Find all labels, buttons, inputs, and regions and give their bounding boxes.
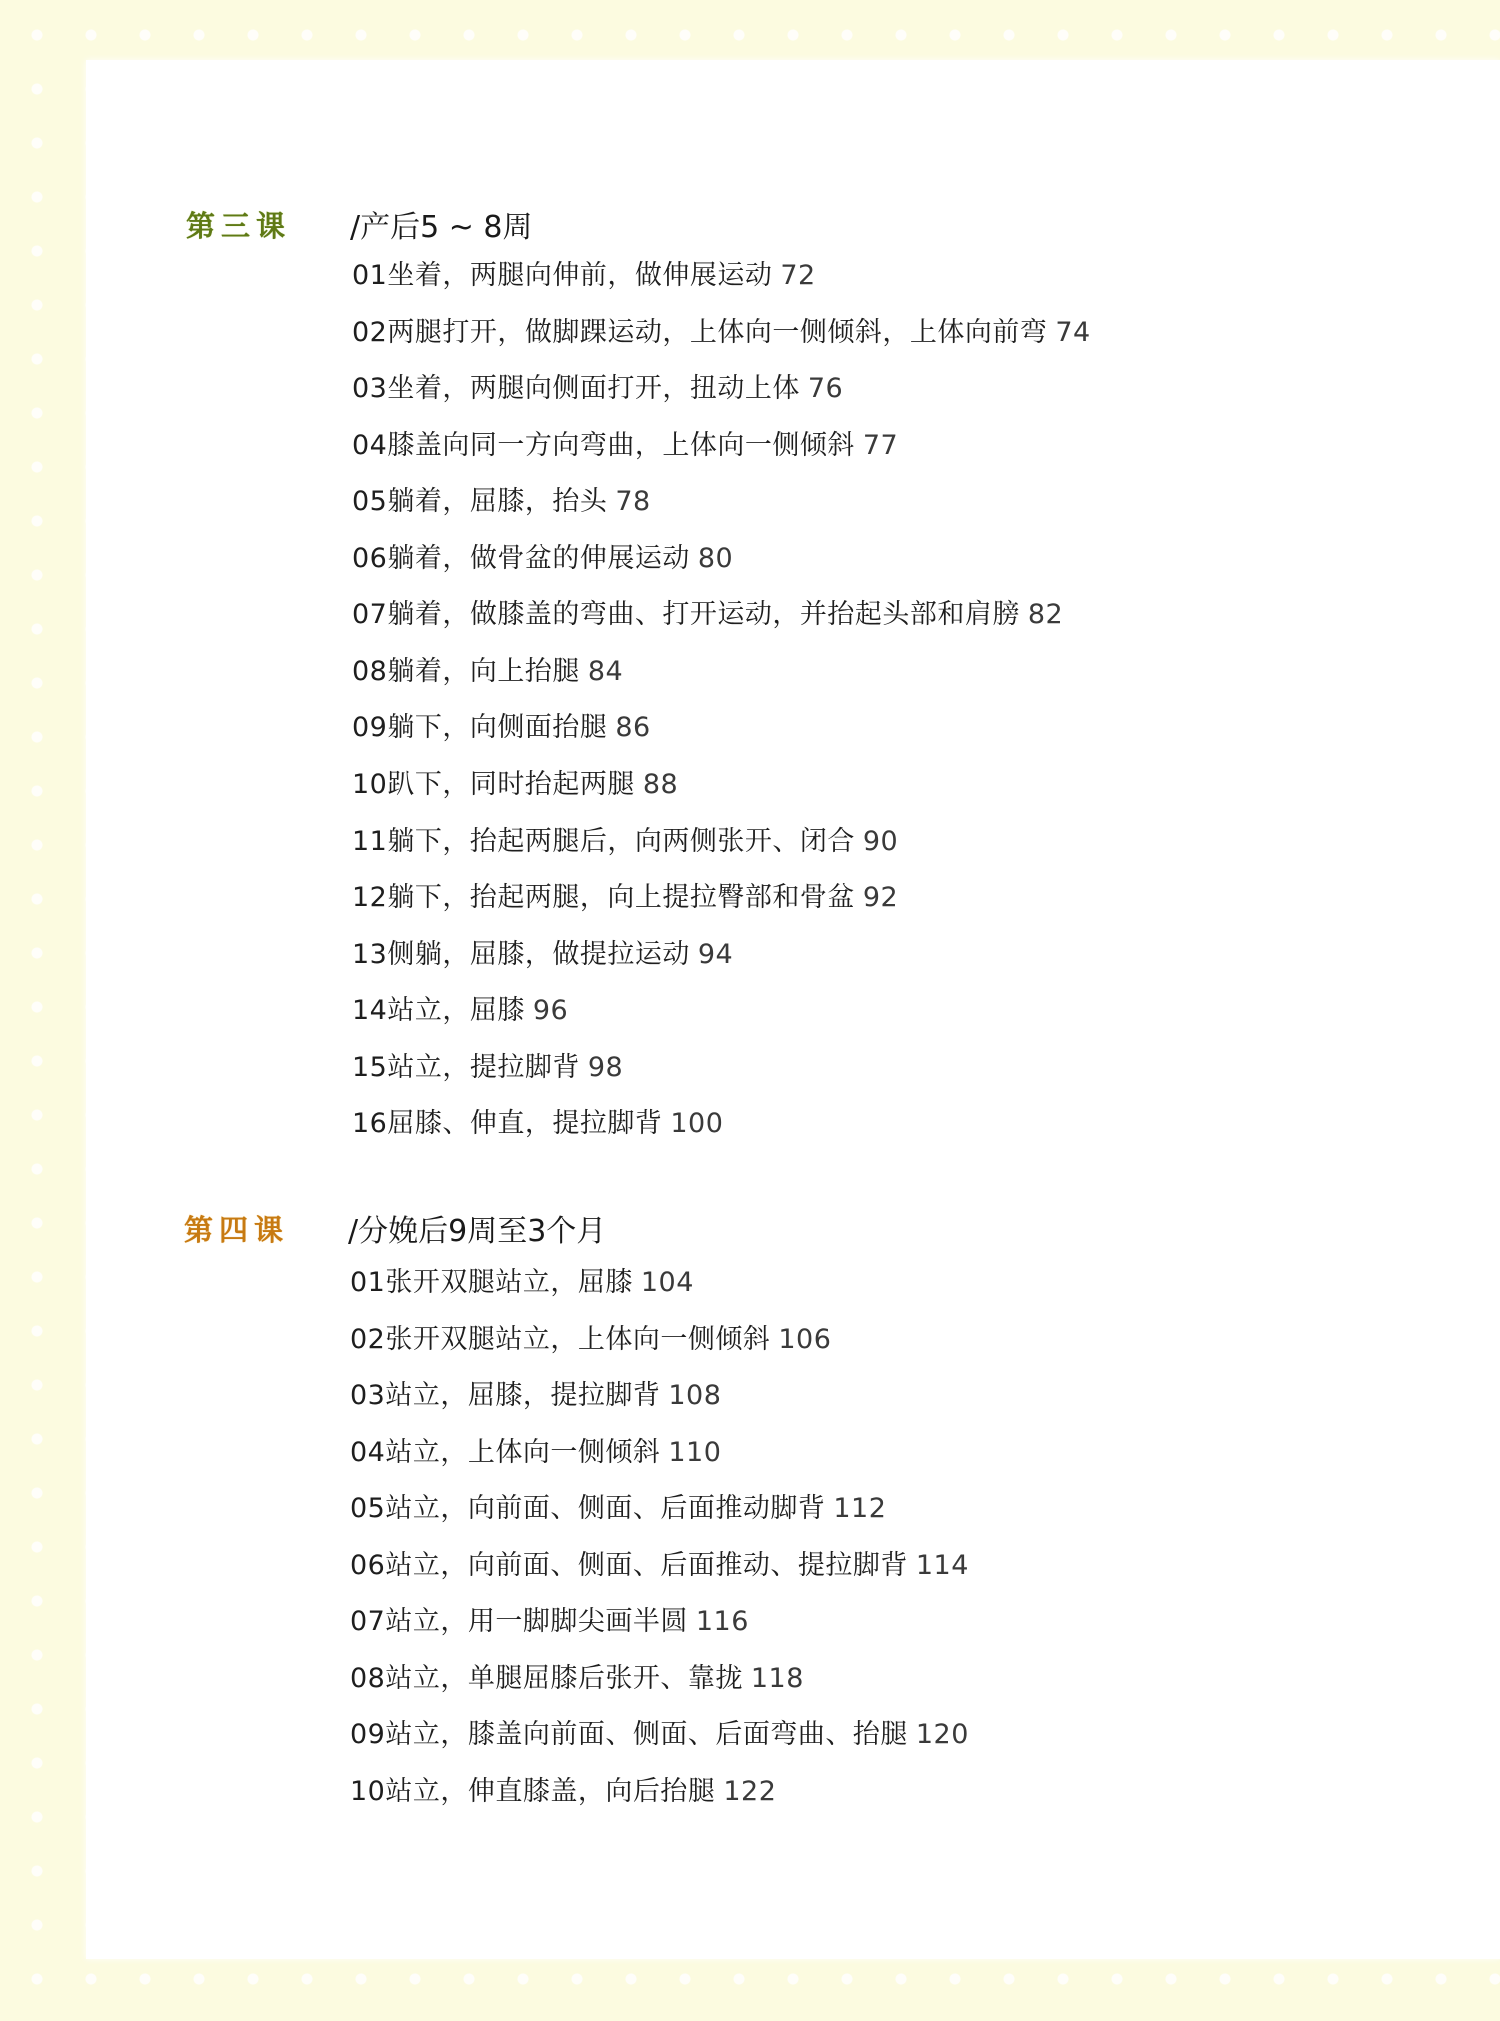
- toc-entry[interactable]: 06躺着，做骨盆的伸展运动80: [352, 542, 733, 576]
- toc-entry[interactable]: 03坐着，两腿向侧面打开，扭动上体76: [352, 372, 843, 406]
- page-number: 108: [668, 1380, 721, 1411]
- entry-title: 05站立，向前面、侧面、后面推动脚背: [350, 1493, 825, 1524]
- entry-title: 07躺着，做膝盖的弯曲、打开运动，并抬起头部和肩膀: [352, 599, 1020, 630]
- page-number: 106: [778, 1324, 831, 1355]
- lesson-label: 第四课: [184, 1208, 289, 1249]
- entry-title: 14站立，屈膝: [352, 995, 525, 1026]
- toc-entry[interactable]: 07躺着，做膝盖的弯曲、打开运动，并抬起头部和肩膀82: [352, 598, 1063, 632]
- toc-entry[interactable]: 01张开双腿站立，屈膝104: [350, 1266, 694, 1300]
- page-number: 104: [641, 1267, 694, 1298]
- toc-entry[interactable]: 10站立，伸直膝盖，向后抬腿122: [350, 1775, 776, 1809]
- toc-entry[interactable]: 09站立，膝盖向前面、侧面、后面弯曲、抬腿120: [350, 1718, 969, 1752]
- entry-title: 12躺下，抬起两腿，向上提拉臀部和骨盆: [352, 882, 855, 913]
- lesson-label: 第三课: [186, 204, 291, 245]
- page-number: 78: [615, 486, 650, 517]
- toc-entry[interactable]: 01坐着，两腿向伸前，做伸展运动72: [352, 259, 816, 293]
- entry-title: 13侧躺，屈膝，做提拉运动: [352, 939, 690, 970]
- entry-title: 04站立，上体向一侧倾斜: [350, 1437, 660, 1468]
- page-number: 88: [643, 769, 678, 800]
- toc-entry[interactable]: 05站立，向前面、侧面、后面推动脚背112: [350, 1492, 886, 1526]
- page-number: 120: [916, 1719, 969, 1750]
- page-number: 94: [698, 939, 733, 970]
- entry-title: 10站立，伸直膝盖，向后抬腿: [350, 1776, 715, 1807]
- toc-entry[interactable]: 02两腿打开，做脚踝运动，上体向一侧倾斜，上体向前弯74: [352, 316, 1091, 350]
- toc-entry[interactable]: 14站立，屈膝96: [352, 994, 568, 1028]
- toc-entry[interactable]: 05躺着，屈膝，抬头78: [352, 485, 651, 519]
- section-title: /分娩后9周至3个月: [348, 1206, 606, 1250]
- toc-entry[interactable]: 09躺下，向侧面抬腿86: [352, 711, 651, 745]
- entry-title: 09躺下，向侧面抬腿: [352, 712, 607, 743]
- entry-title: 06躺着，做骨盆的伸展运动: [352, 543, 690, 574]
- page-number: 92: [863, 882, 898, 913]
- toc-entry[interactable]: 15站立，提拉脚背98: [352, 1051, 623, 1085]
- page-number: 80: [698, 543, 733, 574]
- entry-title: 05躺着，屈膝，抬头: [352, 486, 607, 517]
- entry-title: 02张开双腿站立，上体向一侧倾斜: [350, 1324, 770, 1355]
- toc-entry[interactable]: 02张开双腿站立，上体向一侧倾斜106: [350, 1323, 831, 1357]
- toc-entry[interactable]: 12躺下，抬起两腿，向上提拉臀部和骨盆92: [352, 881, 898, 915]
- entry-title: 11躺下，抬起两腿后，向两侧张开、闭合: [352, 826, 855, 857]
- page-number: 118: [751, 1663, 804, 1694]
- toc-entry[interactable]: 04膝盖向同一方向弯曲，上体向一侧倾斜77: [352, 429, 898, 463]
- toc-entry[interactable]: 07站立，用一脚脚尖画半圆116: [350, 1605, 749, 1639]
- page-number: 74: [1055, 317, 1090, 348]
- toc-entry[interactable]: 11躺下，抬起两腿后，向两侧张开、闭合90: [352, 825, 898, 859]
- page-number: 86: [615, 712, 650, 743]
- page-number: 98: [588, 1052, 623, 1083]
- toc-entry[interactable]: 13侧躺，屈膝，做提拉运动94: [352, 938, 733, 972]
- page-number: 114: [916, 1550, 969, 1581]
- page-number: 90: [863, 826, 898, 857]
- entry-title: 07站立，用一脚脚尖画半圆: [350, 1606, 688, 1637]
- toc-entry[interactable]: 16屈膝、伸直，提拉脚背100: [352, 1107, 723, 1141]
- entry-title: 03坐着，两腿向侧面打开，扭动上体: [352, 373, 800, 404]
- entry-title: 15站立，提拉脚背: [352, 1052, 580, 1083]
- toc-entry[interactable]: 10趴下，同时抬起两腿88: [352, 768, 678, 802]
- entry-title: 02两腿打开，做脚踝运动，上体向一侧倾斜，上体向前弯: [352, 317, 1047, 348]
- entry-title: 03站立，屈膝，提拉脚背: [350, 1380, 660, 1411]
- toc-entry[interactable]: 04站立，上体向一侧倾斜110: [350, 1436, 721, 1470]
- section-title: /产后5 ~ 8周: [350, 202, 533, 246]
- entry-title: 08躺着，向上抬腿: [352, 656, 580, 687]
- page-number: 122: [723, 1776, 776, 1807]
- page-number: 77: [863, 430, 898, 461]
- page-number: 110: [668, 1437, 721, 1468]
- entry-title: 09站立，膝盖向前面、侧面、后面弯曲、抬腿: [350, 1719, 908, 1750]
- page-number: 84: [588, 656, 623, 687]
- page-number: 76: [808, 373, 843, 404]
- entry-title: 01坐着，两腿向伸前，做伸展运动: [352, 260, 772, 291]
- page-number: 72: [780, 260, 815, 291]
- entry-title: 01张开双腿站立，屈膝: [350, 1267, 633, 1298]
- toc-entry[interactable]: 08躺着，向上抬腿84: [352, 655, 623, 689]
- entry-title: 10趴下，同时抬起两腿: [352, 769, 635, 800]
- page-number: 96: [533, 995, 568, 1026]
- page-number: 82: [1028, 599, 1063, 630]
- toc-entry[interactable]: 08站立，单腿屈膝后张开、靠拢118: [350, 1662, 804, 1696]
- entry-title: 08站立，单腿屈膝后张开、靠拢: [350, 1663, 743, 1694]
- page-number: 112: [833, 1493, 886, 1524]
- entry-title: 16屈膝、伸直，提拉脚背: [352, 1108, 662, 1139]
- page-number: 100: [670, 1108, 723, 1139]
- page-number: 116: [696, 1606, 749, 1637]
- toc-entry[interactable]: 03站立，屈膝，提拉脚背108: [350, 1379, 721, 1413]
- toc-entry[interactable]: 06站立，向前面、侧面、后面推动、提拉脚背114: [350, 1549, 969, 1583]
- entry-title: 06站立，向前面、侧面、后面推动、提拉脚背: [350, 1550, 908, 1581]
- entry-title: 04膝盖向同一方向弯曲，上体向一侧倾斜: [352, 430, 855, 461]
